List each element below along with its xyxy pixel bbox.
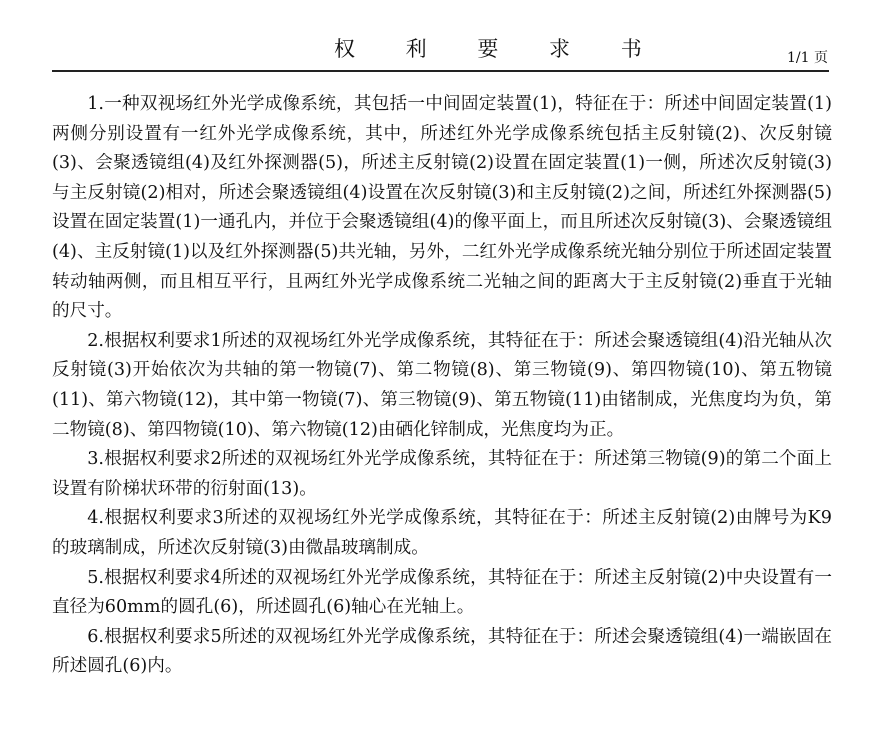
claim-1: 1.一种双视场红外光学成像系统，其包括一中间固定装置(1)，特征在于：所述中间固… bbox=[52, 90, 832, 327]
claims-body: 1.一种双视场红外光学成像系统，其包括一中间固定装置(1)，特征在于：所述中间固… bbox=[52, 90, 832, 682]
claim-4: 4.根据权利要求3所述的双视场红外光学成像系统，其特征在于：所述主反射镜(2)由… bbox=[52, 504, 832, 563]
document-title: 权 利 要 求 书 bbox=[334, 33, 664, 63]
header-rule bbox=[52, 70, 829, 72]
page-indicator: 1/1 页 bbox=[787, 47, 828, 67]
claim-5: 5.根据权利要求4所述的双视场红外光学成像系统，其特征在于：所述主反射镜(2)中… bbox=[52, 564, 832, 623]
claim-2: 2.根据权利要求1所述的双视场红外光学成像系统，其特征在于：所述会聚透镜组(4)… bbox=[52, 327, 832, 445]
claim-6: 6.根据权利要求5所述的双视场红外光学成像系统，其特征在于：所述会聚透镜组(4)… bbox=[52, 623, 832, 682]
claim-3: 3.根据权利要求2所述的双视场红外光学成像系统，其特征在于：所述第三物镜(9)的… bbox=[52, 445, 832, 504]
